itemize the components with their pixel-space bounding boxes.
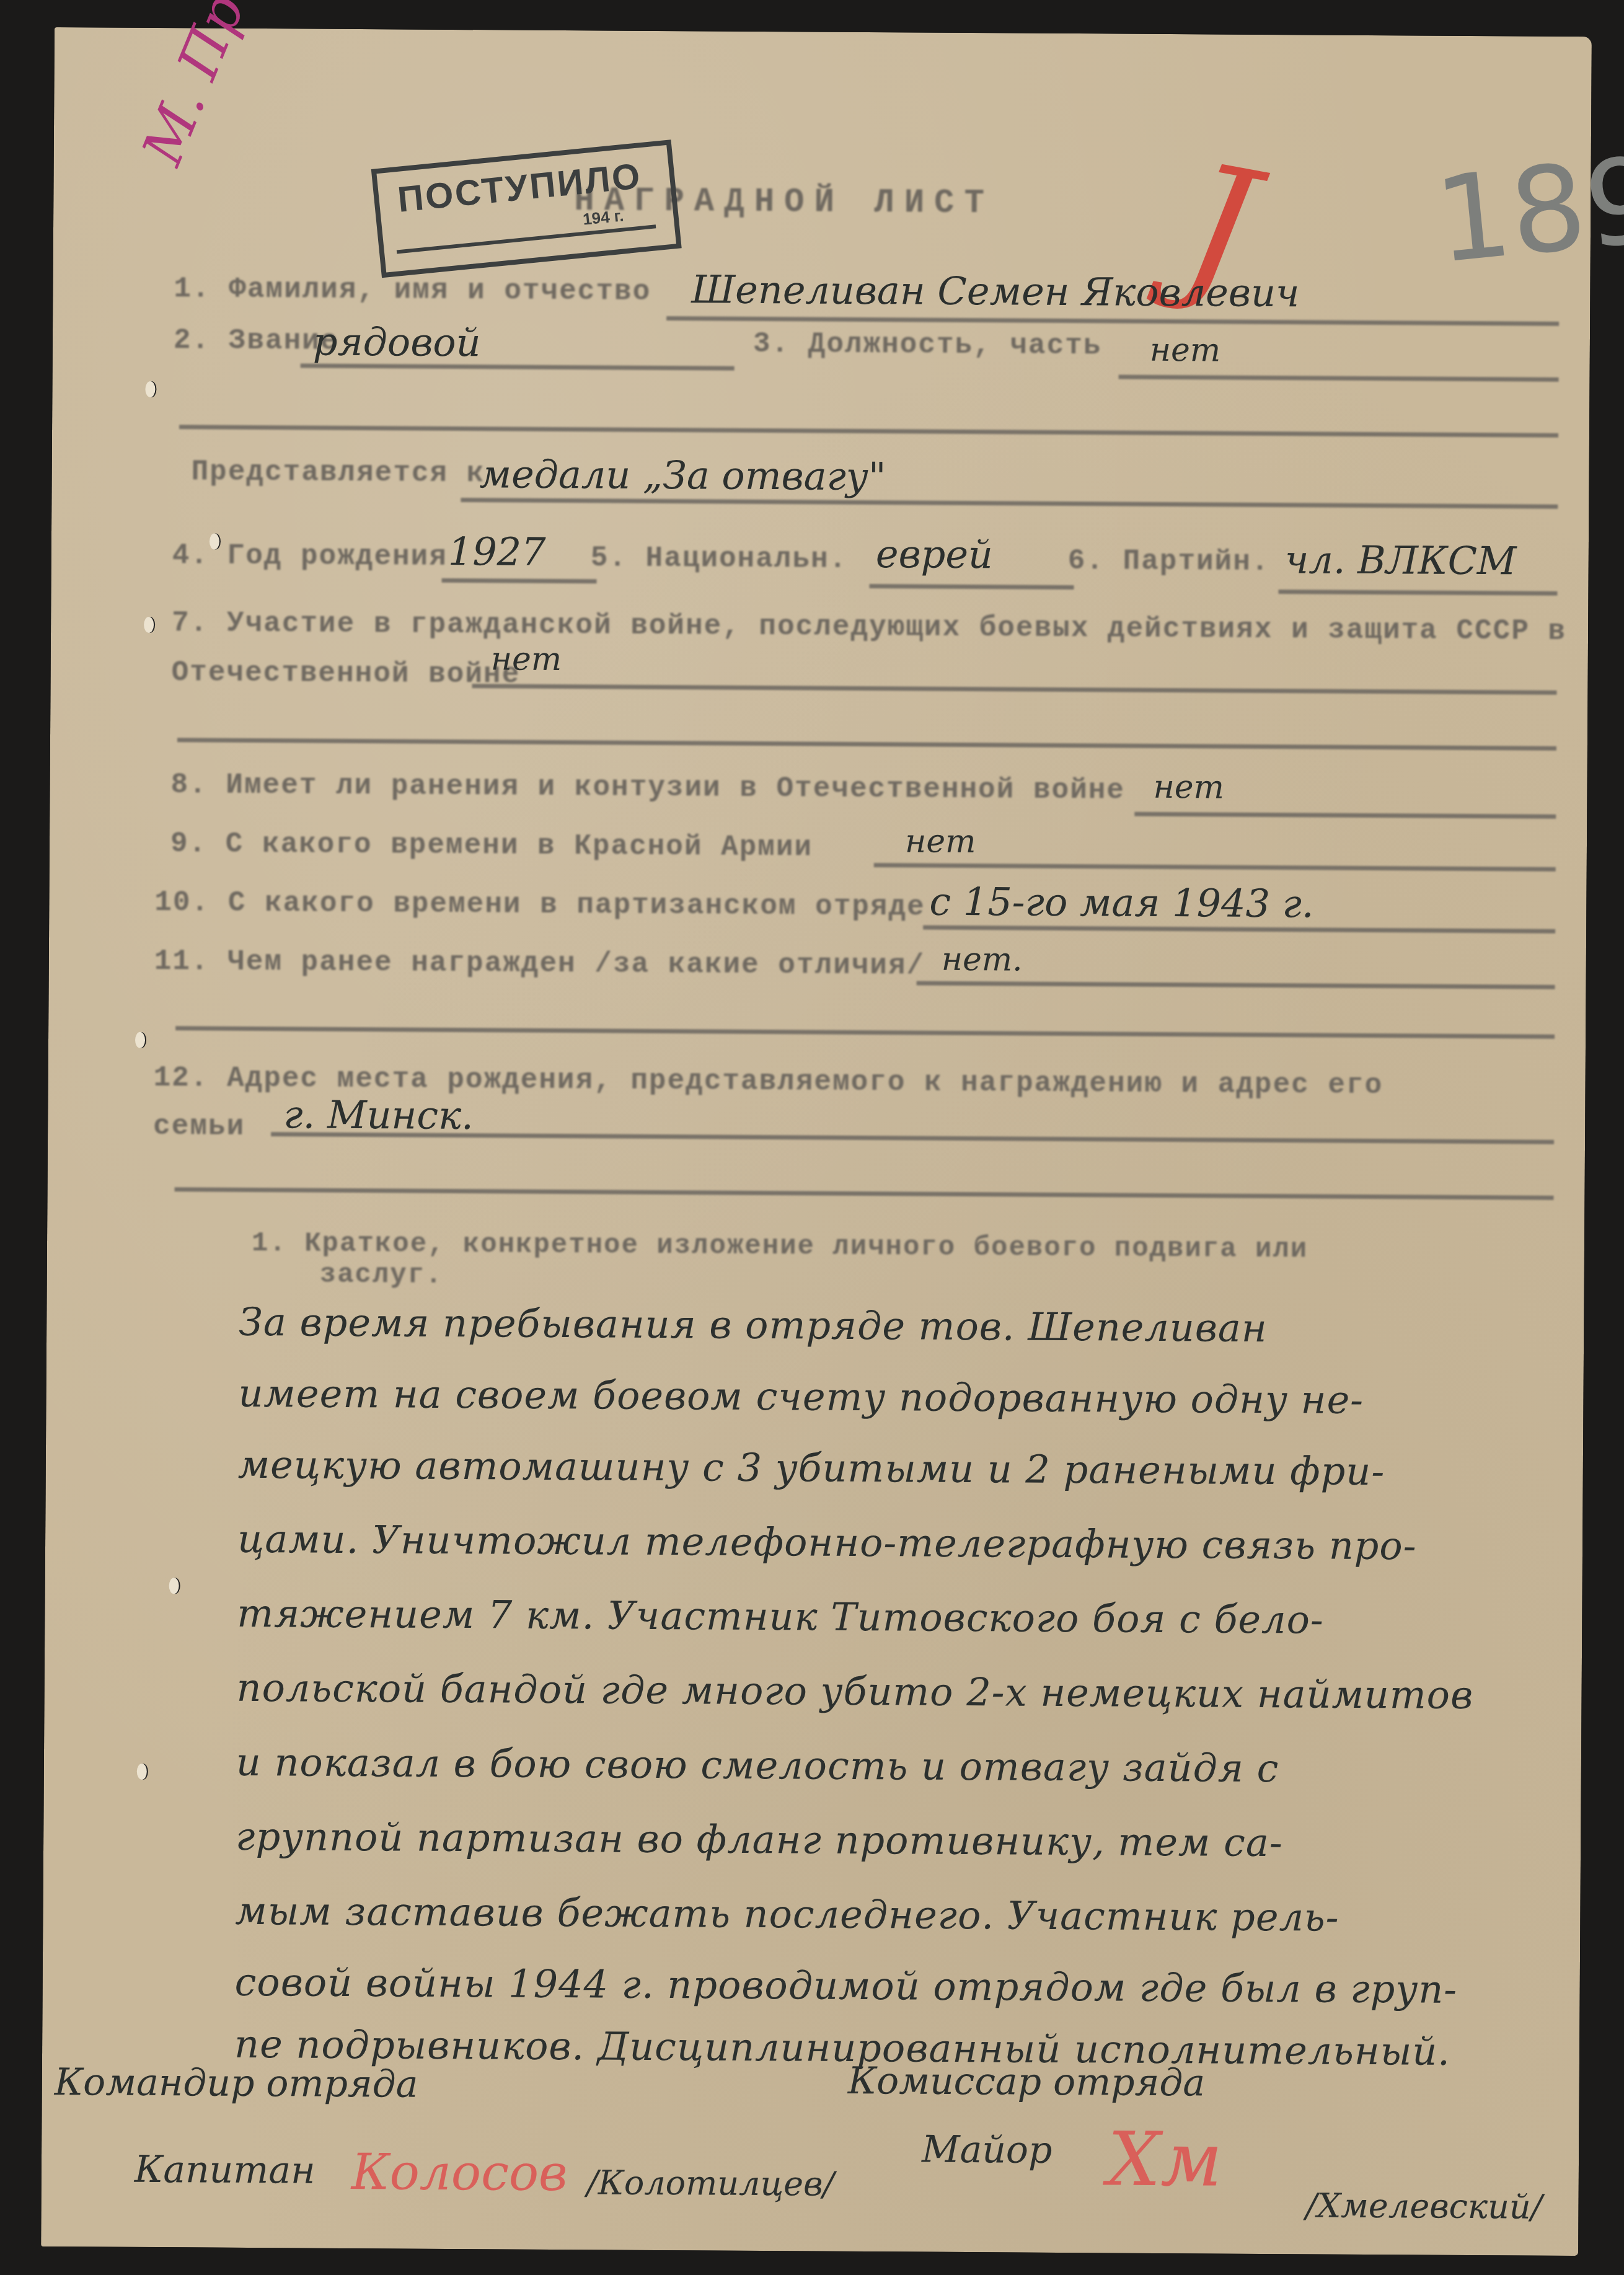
field-9-value: нет — [905, 823, 976, 860]
received-stamp: ПОСТУПИЛО 194 г. — [371, 139, 682, 278]
field-8-label: 8. Имеет ли ранения и контузии в Отечест… — [170, 769, 1125, 806]
violet-registration-note: М. Пр. 5 / 1945 — [130, 0, 359, 174]
field-2-line — [301, 363, 735, 370]
field-7-value: нет — [491, 640, 562, 678]
feat-line: имеет на своем боевом счету подорванную … — [238, 1371, 1364, 1423]
feat-line: и показал в бою свою смелость и отвагу з… — [236, 1739, 1279, 1791]
commander-name: /Колотилцев/ — [587, 2163, 834, 2203]
nominated-for-label: Представляется к — [191, 456, 485, 490]
binder-hole — [135, 1032, 145, 1048]
blank-line — [179, 425, 1558, 438]
feat-line: тяжением 7 км. Участник Титовского боя с… — [237, 1591, 1324, 1643]
commander-role: Командир отряда — [55, 2061, 418, 2106]
feat-heading-line2: заслуг. — [320, 1260, 443, 1291]
field-1-value: Шепеливан Семен Яковлевич — [691, 267, 1300, 316]
field-10-value: с 15-го мая 1943 г. — [929, 879, 1314, 927]
feat-line: мецкую автомашину с 3 убитыми и 2 ранены… — [238, 1442, 1385, 1494]
field-3-line — [1119, 374, 1559, 381]
feat-line: За время пребывания в отряде тов. Шепели… — [239, 1299, 1268, 1351]
feat-line: мым заставив бежать последнего. Участник… — [235, 1888, 1339, 1940]
blank-line — [175, 1187, 1554, 1200]
field-3-label: 3. Должность, часть — [753, 328, 1102, 362]
field-10-label: 10. С какого времени в партизанском отря… — [154, 886, 925, 924]
blank-line — [177, 738, 1556, 751]
field-1-label: 1. Фамилия, имя и отчество — [174, 273, 651, 308]
field-1-line — [666, 316, 1559, 326]
binder-hole — [144, 617, 154, 633]
commissar-signature: Хм — [1108, 2116, 1223, 2203]
field-12-value: г. Минск. — [283, 1092, 474, 1138]
award-sheet-paper: НАГРАДНОЙ ЛИСТ ПОСТУПИЛО 194 г. М. Пр. 5… — [41, 27, 1592, 2256]
feat-line: совой войны 1944 г. проводимой отрядом г… — [235, 1959, 1458, 2012]
binder-hole — [137, 1764, 147, 1780]
nominated-for-value: медали „За отвагу" — [479, 451, 886, 499]
field-5-label: 5. Национальн. — [591, 542, 848, 576]
field-5-line — [869, 584, 1074, 590]
field-11-value: нет. — [942, 941, 1023, 979]
commissar-rank: Майор — [922, 2128, 1053, 2172]
field-2-value: рядовой — [313, 319, 481, 366]
commander-rank: Капитан — [135, 2148, 316, 2193]
field-4-line — [442, 578, 597, 584]
field-4-value: 1927 — [448, 529, 546, 575]
blank-line — [175, 1026, 1555, 1039]
commissar-role: Комиссар отряда — [848, 2059, 1206, 2105]
field-5-value: еврей — [876, 531, 994, 577]
stamp-year: 194 г. — [582, 206, 625, 229]
field-3-value: нет — [1150, 332, 1221, 369]
field-9-label: 9. С какого времени в Красной Армии — [170, 828, 813, 864]
feat-line: цами. Уничтожил телефонно-телеграфную св… — [237, 1516, 1417, 1569]
field-11-line — [917, 981, 1555, 989]
field-9-line — [874, 863, 1556, 872]
nominated-for-line — [461, 498, 1558, 509]
field-11-label: 11. Чем ранее награжден /за какие отличи… — [154, 945, 925, 983]
field-6-value: чл. ВЛКСМ — [1285, 537, 1517, 583]
commissar-name: /Хмелевский/ — [1305, 2186, 1542, 2226]
feat-line: группой партизан во фланг противнику, те… — [236, 1814, 1283, 1865]
field-8-value: нет — [1153, 769, 1224, 806]
feat-line: польской бандой где много убито 2-х неме… — [236, 1665, 1473, 1718]
binder-hole — [145, 381, 155, 397]
stamp-date-line — [397, 224, 656, 254]
field-10-line — [923, 925, 1555, 934]
binder-hole — [169, 1578, 179, 1594]
field-4-label: 4. Год рождения — [172, 539, 448, 573]
field-6-line — [1278, 590, 1557, 596]
field-8-line — [1134, 812, 1556, 819]
commander-signature: Колосов — [351, 2143, 568, 2202]
field-6-label: 6. Партийн. — [1068, 545, 1270, 578]
sheet-number: 189 — [1429, 131, 1624, 289]
